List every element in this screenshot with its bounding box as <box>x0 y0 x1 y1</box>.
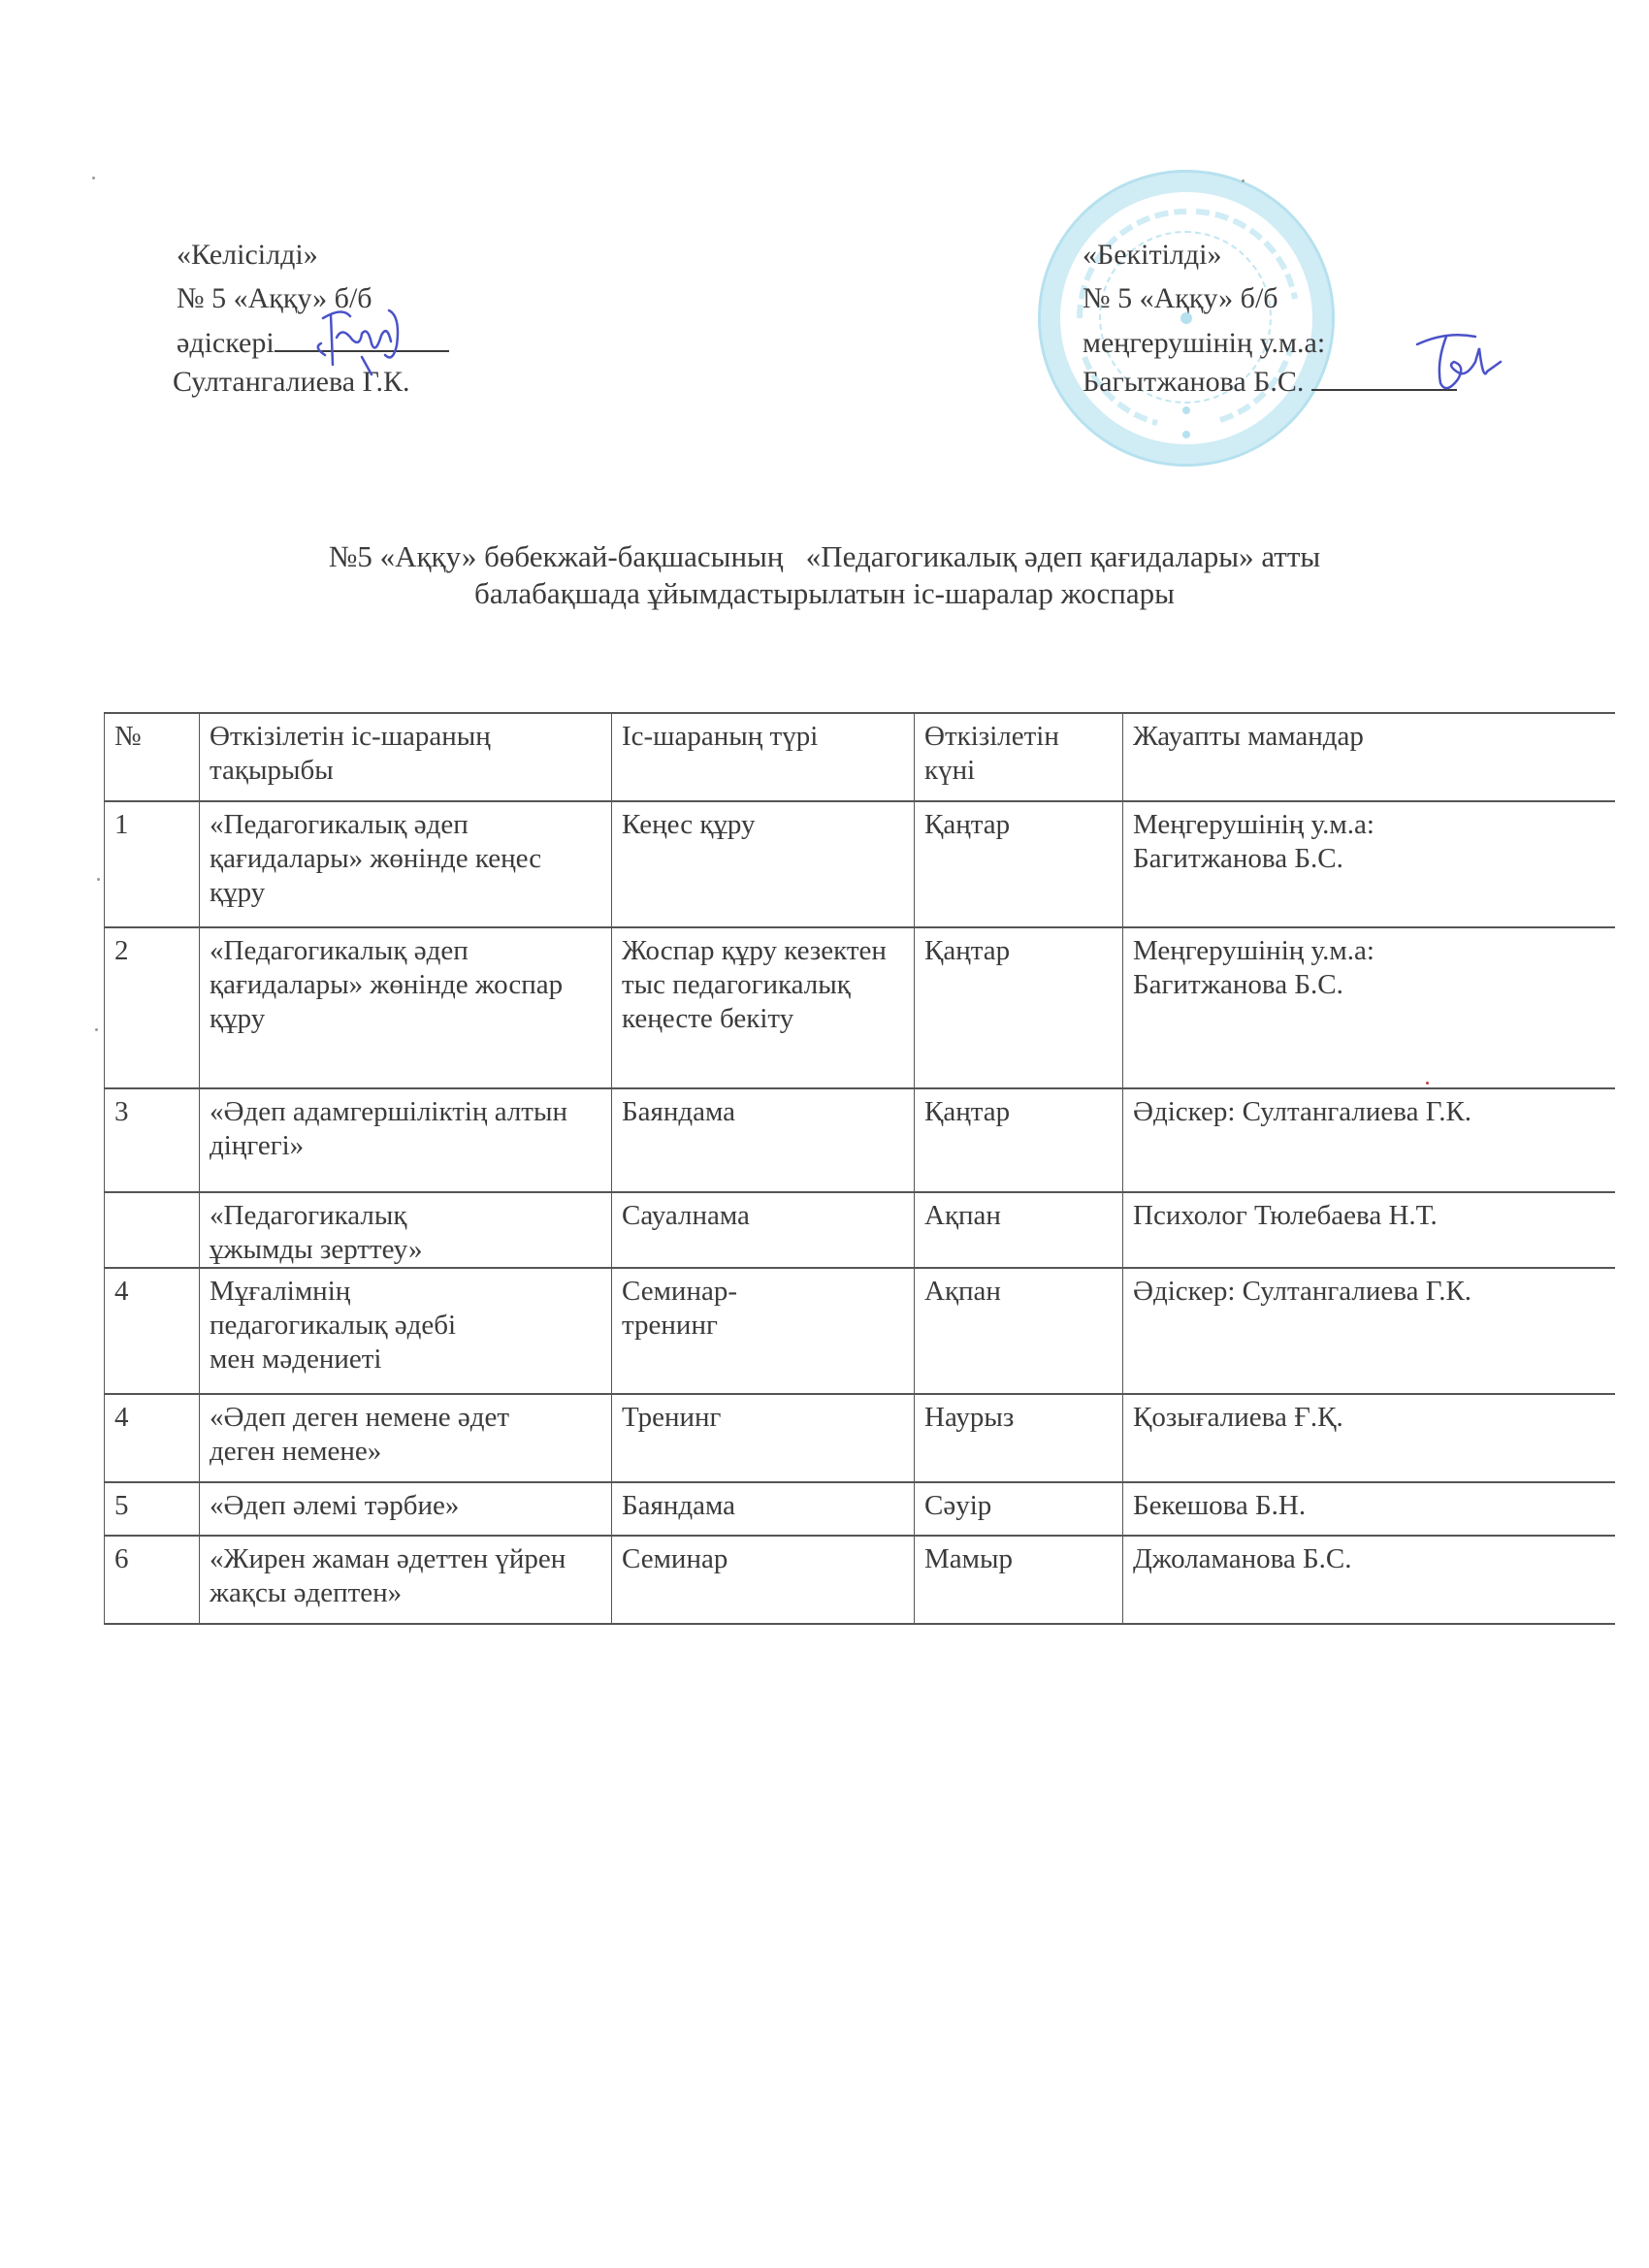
cell-number: 5 <box>105 1482 200 1536</box>
header-number: № <box>105 713 200 801</box>
header-type: Іс-шараның түрі <box>612 713 915 801</box>
header-responsible: Жауапты мамандар <box>1123 713 1615 801</box>
official-stamp <box>1038 170 1335 467</box>
cell-type: Кеңес құру <box>612 801 915 927</box>
table-row: «Педагогикалық ұжымды зерттеу» Сауалнама… <box>105 1192 1615 1268</box>
cell-topic: «Педагогикалық ұжымды зерттеу» <box>200 1192 612 1268</box>
cell-number: 2 <box>105 927 200 1088</box>
cell-responsible: Психолог Тюлебаева Н.Т. <box>1123 1192 1615 1268</box>
cell-responsible: Меңгерушінің у.м.а: Багитжанова Б.С. <box>1123 927 1615 1088</box>
cell-number: 3 <box>105 1088 200 1192</box>
header-date: Өткізілетін күні <box>915 713 1123 801</box>
cell-number <box>105 1192 200 1268</box>
scan-speck <box>1426 1082 1429 1085</box>
cell-responsible: Бекешова Б.Н. <box>1123 1482 1615 1536</box>
cell-type: Семинар-тренинг <box>612 1268 915 1394</box>
cell-number: 4 <box>105 1394 200 1482</box>
approval-position: меңгерушінің у.м.а: <box>1083 329 1325 358</box>
table-header-row: № Өткізілетін іс-шараның тақырыбы Іс-шар… <box>105 713 1615 801</box>
cell-date: Мамыр <box>915 1536 1123 1624</box>
scan-speck <box>92 177 95 179</box>
signature-icon <box>304 297 420 384</box>
table-row: 6 «Жирен жаман әдеттен үйрен жақсы әдепт… <box>105 1536 1615 1624</box>
title-line-2: балабақшада ұйымдастырылатын іс-шаралар … <box>0 575 1649 612</box>
cell-date: Қаңтар <box>915 927 1123 1088</box>
signature-icon <box>1407 323 1524 410</box>
table-row: 4 «Әдеп деген немене әдет деген немене» … <box>105 1394 1615 1482</box>
cell-topic: Мұғалімнің педагогикалық әдебі мен мәден… <box>200 1268 612 1394</box>
table-row: 4 Мұғалімнің педагогикалық әдебі мен мәд… <box>105 1268 1615 1394</box>
approval-heading: «Келісілді» <box>177 241 318 270</box>
document-title: №5 «Аққу» бөбекжай-бақшасының «Педагогик… <box>0 538 1649 612</box>
cell-type: Сауалнама <box>612 1192 915 1268</box>
approval-org: № 5 «Аққу» б/б <box>1083 284 1278 313</box>
cell-responsible: Меңгерушінің у.м.а: Багитжанова Б.С. <box>1123 801 1615 927</box>
header-topic: Өткізілетін іс-шараның тақырыбы <box>200 713 612 801</box>
cell-date: Қаңтар <box>915 1088 1123 1192</box>
cell-number: 1 <box>105 801 200 927</box>
cell-topic: «Педагогикалық әдеп қағидалары» жөнінде … <box>200 927 612 1088</box>
cell-type: Баяндама <box>612 1482 915 1536</box>
title-line-1: №5 «Аққу» бөбекжай-бақшасының «Педагогик… <box>0 538 1649 575</box>
cell-type: Семинар <box>612 1536 915 1624</box>
cell-number: 6 <box>105 1536 200 1624</box>
approval-position: әдіскері <box>177 327 275 359</box>
cell-topic: «Әдеп деген немене әдет деген немене» <box>200 1394 612 1482</box>
stamp-star-icon <box>1041 173 1332 464</box>
scan-speck <box>95 1028 98 1031</box>
cell-date: Ақпан <box>915 1268 1123 1394</box>
table-row: 1 «Педагогикалық әдеп қағидалары» жөнінд… <box>105 801 1615 927</box>
cell-date: Ақпан <box>915 1192 1123 1268</box>
cell-responsible: Әдіскер: Султангалиева Г.К. <box>1123 1088 1615 1192</box>
table-row: 2 «Педагогикалық әдеп қағидалары» жөнінд… <box>105 927 1615 1088</box>
cell-responsible: Қозығалиева Ғ.Қ. <box>1123 1394 1615 1482</box>
approval-name-line: Багытжанова Б.С. <box>1083 368 1457 397</box>
cell-topic: «Педагогикалық әдеп қағидалары» жөнінде … <box>200 801 612 927</box>
cell-type: Тренинг <box>612 1394 915 1482</box>
cell-type: Жоспар құру кезектен тыс педагогикалық к… <box>612 927 915 1088</box>
scan-speck <box>97 878 100 881</box>
cell-number: 4 <box>105 1268 200 1394</box>
table-row: 3 «Әдеп адамгершіліктің алтын діңгегі» Б… <box>105 1088 1615 1192</box>
table-row: 5 «Әдеп әлемі тәрбие» Баяндама Сәуір Бек… <box>105 1482 1615 1536</box>
cell-topic: «Әдеп әлемі тәрбие» <box>200 1482 612 1536</box>
cell-responsible: Джоламанова Б.С. <box>1123 1536 1615 1624</box>
cell-type: Баяндама <box>612 1088 915 1192</box>
approval-name: Багытжанова Б.С. <box>1083 366 1304 398</box>
cell-date: Қаңтар <box>915 801 1123 927</box>
approval-heading: «Бекітілді» <box>1083 241 1221 270</box>
cell-date: Наурыз <box>915 1394 1123 1482</box>
scan-speck <box>1242 179 1245 182</box>
cell-topic: «Жирен жаман әдеттен үйрен жақсы әдептен… <box>200 1536 612 1624</box>
events-plan-table: № Өткізілетін іс-шараның тақырыбы Іс-шар… <box>104 712 1615 1625</box>
cell-topic: «Әдеп адамгершіліктің алтын діңгегі» <box>200 1088 612 1192</box>
cell-responsible: Әдіскер: Султангалиева Г.К. <box>1123 1268 1615 1394</box>
cell-date: Сәуір <box>915 1482 1123 1536</box>
